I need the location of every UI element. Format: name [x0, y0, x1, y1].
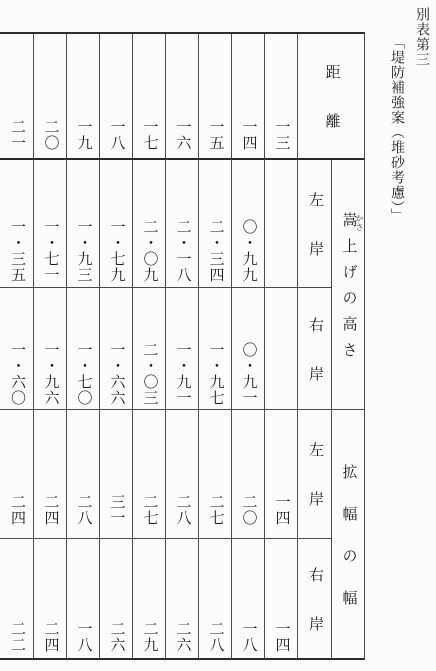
- raise-right-cell: 一・六〇: [0, 288, 34, 410]
- raise-right-value: 二・〇三: [142, 342, 157, 406]
- raise-left-value: 二・一八: [175, 219, 190, 283]
- raise-left-cell: 二・一八: [166, 160, 199, 288]
- raise-left-value: 二・〇九: [142, 219, 157, 283]
- widen-right-cell: 二二: [0, 539, 34, 660]
- distance-value: 二一: [9, 119, 24, 151]
- distance-cell: 一三: [265, 34, 298, 160]
- raise-right-value: 一・六六: [109, 342, 124, 406]
- distance-cell: 一五: [199, 34, 232, 160]
- distance-value: 一七: [142, 119, 157, 151]
- widen-right-value: 二六: [109, 621, 124, 653]
- widen-left-value: 一四: [274, 494, 289, 526]
- distance-value: 一四: [241, 119, 256, 151]
- widen-left-cell: 三一: [100, 410, 133, 539]
- raise-right-bank-label: 右岸: [307, 317, 322, 415]
- widen-left-cell: 二四: [0, 410, 34, 539]
- widen-right-cell: 二六: [166, 539, 199, 660]
- widen-width-header-label: 拡幅の幅: [341, 464, 356, 632]
- widen-left-value: 二〇: [241, 494, 256, 526]
- widen-right-value: 二二: [9, 621, 24, 653]
- raise-left-cell: 二・〇九: [133, 160, 166, 288]
- widen-left-cell: 二七: [133, 410, 166, 539]
- levee-reinforcement-table: 距離 嵩上げの高さ かさ 拡幅の幅 左岸 右岸 左岸 右岸 二一 二〇 一九 一…: [0, 32, 365, 660]
- raise-right-value: 一・九一: [175, 342, 190, 406]
- widen-left-value: 二八: [76, 494, 91, 526]
- distance-value: 一九: [76, 119, 91, 151]
- widen-left-cell: 一四: [265, 410, 298, 539]
- widen-left-value: 二八: [175, 494, 190, 526]
- widen-right-value: 二八: [208, 621, 223, 653]
- distance-header-cell: 距離: [298, 34, 365, 160]
- raise-right-cell: 〇・九一: [232, 288, 265, 410]
- widen-left-value: 二四: [43, 494, 58, 526]
- raise-left-value: 一・三五: [9, 219, 24, 283]
- raise-left-cell: 一・三五: [0, 160, 34, 288]
- distance-header-label: 距離: [324, 64, 339, 162]
- raise-left-value: 〇・九九: [241, 219, 256, 283]
- widen-left-cell: 二八: [67, 410, 100, 539]
- widen-right-cell: 二四: [34, 539, 67, 660]
- raise-right-cell: 一・九七: [199, 288, 232, 410]
- raise-right-value: 一・九七: [208, 342, 223, 406]
- widen-right-value: 一八: [76, 621, 91, 653]
- distance-value: 一三: [274, 119, 289, 151]
- raise-furigana: かさ: [355, 214, 363, 232]
- widen-right-cell: 二六: [100, 539, 133, 660]
- distance-value: 二〇: [43, 119, 58, 151]
- plan-title: 「堤防補強案（堆砂考慮）」: [386, 35, 406, 223]
- widen-width-header-cell: 拡幅の幅: [332, 410, 365, 660]
- raise-left-cell: 〇・九九: [232, 160, 265, 288]
- widen-right-cell: 一八: [232, 539, 265, 660]
- widen-right-cell: 二八: [199, 539, 232, 660]
- raise-height-header-cell: 嵩上げの高さ かさ: [332, 160, 365, 410]
- raise-left-bank-label-cell: 左岸: [298, 160, 332, 288]
- raise-left-bank-label: 左岸: [307, 192, 322, 290]
- distance-cell: 一七: [133, 34, 166, 160]
- raise-height-header-label: 嵩上げの高さ: [341, 212, 356, 368]
- widen-left-bank-label: 左岸: [307, 442, 322, 540]
- raise-right-cell: 一・九六: [34, 288, 67, 410]
- widen-right-bank-label-cell: 右岸: [298, 539, 332, 660]
- widen-left-value: 二七: [142, 494, 157, 526]
- widen-left-value: 三一: [109, 494, 124, 526]
- distance-value: 一六: [175, 119, 190, 151]
- raise-right-cell: 一・六六: [100, 288, 133, 410]
- widen-right-value: 一四: [274, 621, 289, 653]
- widen-right-value: 二四: [43, 621, 58, 653]
- raise-right-cell: [265, 288, 298, 410]
- widen-left-cell: 二四: [34, 410, 67, 539]
- widen-right-value: 一八: [241, 621, 256, 653]
- distance-cell: 二〇: [34, 34, 67, 160]
- widen-left-value: 二七: [208, 494, 223, 526]
- widen-right-value: 二九: [142, 621, 157, 653]
- widen-left-cell: 二七: [199, 410, 232, 539]
- distance-cell: 一八: [100, 34, 133, 160]
- raise-left-cell: 二・三四: [199, 160, 232, 288]
- annex-title: 別表第三: [411, 7, 431, 67]
- widen-right-cell: 二九: [133, 539, 166, 660]
- raise-right-cell: 二・〇三: [133, 288, 166, 410]
- widen-right-bank-label: 右岸: [307, 567, 322, 665]
- widen-left-cell: 二八: [166, 410, 199, 539]
- widen-right-cell: 一四: [265, 539, 298, 660]
- raise-left-value: 一・九三: [76, 219, 91, 283]
- widen-right-value: 二六: [175, 621, 190, 653]
- widen-right-cell: 一八: [67, 539, 100, 660]
- raise-left-cell: 一・九三: [67, 160, 100, 288]
- widen-left-value: 二四: [9, 494, 24, 526]
- distance-value: 一八: [109, 119, 124, 151]
- distance-cell: 一九: [67, 34, 100, 160]
- distance-cell: 一六: [166, 34, 199, 160]
- distance-cell: 二一: [0, 34, 34, 160]
- raise-left-cell: 一・七一: [34, 160, 67, 288]
- raise-right-bank-label-cell: 右岸: [298, 288, 332, 410]
- raise-right-value: 一・六〇: [9, 342, 24, 406]
- widen-left-bank-label-cell: 左岸: [298, 410, 332, 539]
- scanned-document-page: 別表第三 「堤防補強案（堆砂考慮）」 距離 嵩上げの高さ かさ 拡幅の幅 左岸 …: [0, 0, 436, 671]
- raise-left-value: 一・七九: [109, 219, 124, 283]
- raise-left-cell: 一・七九: [100, 160, 133, 288]
- raise-right-cell: 一・七〇: [67, 288, 100, 410]
- widen-left-cell: 二〇: [232, 410, 265, 539]
- raise-right-value: 一・九六: [43, 342, 58, 406]
- raise-left-value: 二・三四: [208, 219, 223, 283]
- distance-cell: 一四: [232, 34, 265, 160]
- raise-right-cell: 一・九一: [166, 288, 199, 410]
- raise-left-cell: [265, 160, 298, 288]
- raise-right-value: 〇・九一: [241, 342, 256, 406]
- raise-left-value: 一・七一: [43, 219, 58, 283]
- distance-value: 一五: [208, 119, 223, 151]
- raise-right-value: 一・七〇: [76, 342, 91, 406]
